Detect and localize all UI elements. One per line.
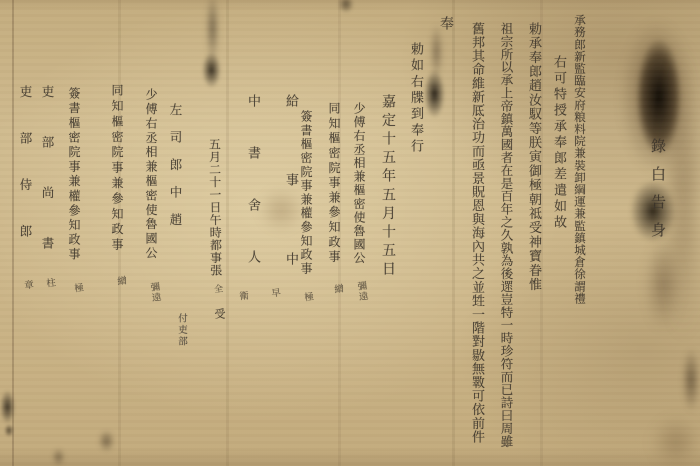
libu-shangshu-column: 吏部尚書	[38, 85, 56, 287]
top-ink-streak	[206, 0, 219, 64]
councillor-title-column: 同知樞密院事兼參知政事	[326, 102, 343, 265]
chancellor-signature: 彌遠	[353, 280, 369, 303]
signatory-title-column-left: 簽書樞密院事兼權參知政事	[66, 87, 83, 262]
ink-stain-tail	[646, 238, 680, 330]
signatory-title-column: 簽書樞密院事兼權參知政事	[298, 110, 315, 276]
libu-shilang-column: 吏部侍郎	[16, 85, 34, 271]
councillor-signature-left: 繒	[112, 275, 127, 286]
signatory-signature-left: 極	[69, 282, 84, 293]
center-ink-smear	[430, 24, 443, 80]
left-office-column: 左司郎中趙	[166, 103, 184, 241]
paper-edge-line	[12, 0, 14, 466]
paper-crease	[452, 0, 455, 466]
edict-column-2: 祖宗所以承上帝鎮萬國者在是百年之久孰為後遝豈特一時珍符而已詩曰周雖	[497, 22, 515, 448]
chancellor-title-column: 少傅右丞相兼樞密使魯國公	[351, 102, 368, 265]
recipient-title-column: 承務郎新監臨安府粮料院兼裝卸綱運兼監鎮城倉徐謂禮	[572, 14, 588, 304]
jishizhong-signature: 早	[266, 287, 281, 298]
chancellor-title-column-left: 少傅右丞相兼樞密使魯國公	[143, 88, 160, 261]
document-title: 錄白告身	[648, 138, 669, 250]
issue-date-column: 嘉定十五年五月十五日	[378, 94, 398, 280]
manuscript-page: 錄白告身 承務郎新監臨安府粮料院兼裝卸綱運兼監鎮城倉徐謂禮 右可特授承奉郎差遣如…	[0, 0, 700, 466]
receipt-clerk-signature: 全	[211, 283, 225, 294]
councillor-title-column-left: 同知樞密院事兼參知政事	[109, 84, 126, 253]
zhongshusheren-column: 中書舍人	[243, 94, 262, 302]
left-bottom-blot-4	[52, 448, 65, 466]
councillor-signature: 繒	[329, 283, 344, 294]
left-bottom-blot-1	[0, 390, 15, 424]
libu-shilang-signature: 章	[19, 279, 34, 290]
jishizhong-column: 給事中	[281, 94, 300, 331]
corner-stain	[652, 418, 700, 466]
signatory-signature: 極	[299, 291, 314, 302]
left-bottom-blot-2	[4, 424, 14, 437]
left-bottom-blot-3	[98, 430, 115, 452]
chancellor-signature-left: 彌遠	[146, 281, 162, 304]
receipt-received-mark: 受	[211, 308, 227, 319]
zhongshusheren-signature: 衛	[234, 290, 249, 301]
paper-crease	[226, 0, 229, 466]
forward-note: 付吏部	[174, 313, 188, 348]
right-edge-blot	[682, 348, 700, 412]
feng-honorific: 奉	[436, 16, 456, 30]
top-small-blot	[338, 0, 354, 13]
receipt-date-column: 五月二十一日午時都事張	[206, 138, 224, 277]
right-edge-wash	[664, 40, 700, 340]
libu-shangshu-signature: 柱	[41, 277, 56, 288]
grant-column: 右可特授承奉郎差遣如故	[549, 55, 568, 231]
center-ink-blob	[424, 70, 445, 118]
top-ink-blob	[202, 52, 221, 88]
edict-column-1: 勅承奉郎趙汝馭等朕寅御極朝祗受神寶眷惟	[524, 22, 543, 292]
execute-order-column: 勅如右牒到奉行	[406, 42, 425, 155]
edict-column-3: 舊邦其命維新厎治功而亟景貺恩與海內共之並甡一階對敭無斁可依前件	[467, 22, 486, 444]
